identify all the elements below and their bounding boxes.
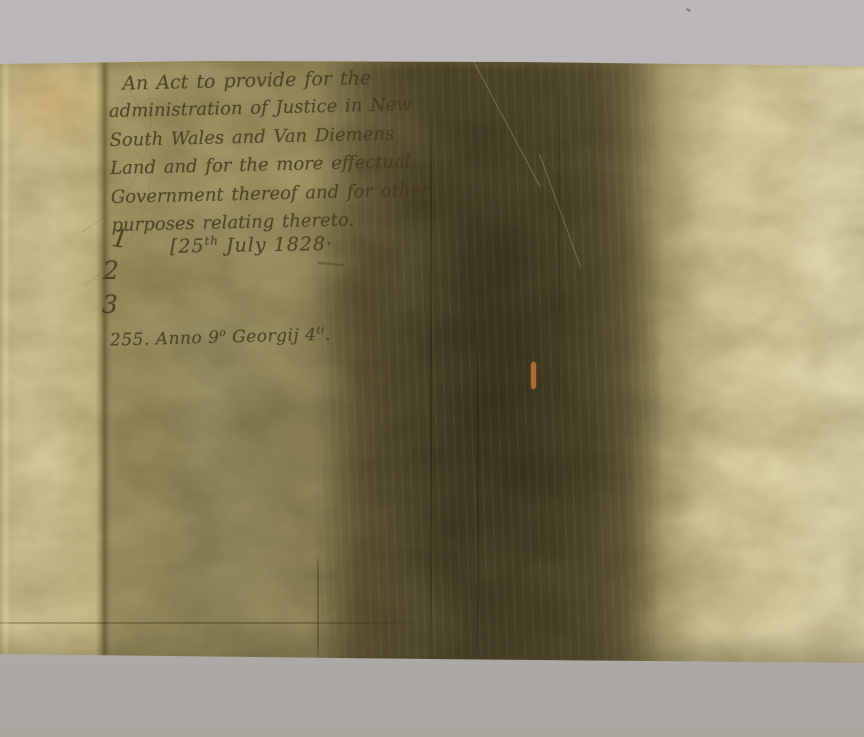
assent-date-line: [25th July 1828· — [170, 232, 333, 258]
regnal-part: Georgij 4 — [226, 325, 317, 347]
crease-line — [477, 330, 479, 665]
date-ordinal-suffix: th — [204, 234, 219, 248]
regnal-part: 255. Anno 9 — [110, 328, 220, 351]
photograph: An Act to provide for the administration… — [0, 0, 864, 737]
crease-line — [558, 60, 560, 420]
date-prefix: [25 — [170, 235, 205, 258]
horizontal-crease-line — [0, 622, 438, 624]
crease-line — [430, 110, 432, 665]
orange-streak — [531, 362, 536, 389]
manuscript-title-block: An Act to provide for the administration… — [108, 63, 422, 240]
date-rest: July 1828· — [219, 233, 334, 257]
regnal-part: . — [325, 325, 331, 345]
margin-number: 3 — [102, 292, 118, 317]
parchment-document: An Act to provide for the administration… — [0, 0, 864, 737]
margin-number: 2 — [103, 258, 119, 283]
margin-number: 1 — [110, 225, 129, 252]
regnal-superscript: ti — [316, 324, 325, 336]
